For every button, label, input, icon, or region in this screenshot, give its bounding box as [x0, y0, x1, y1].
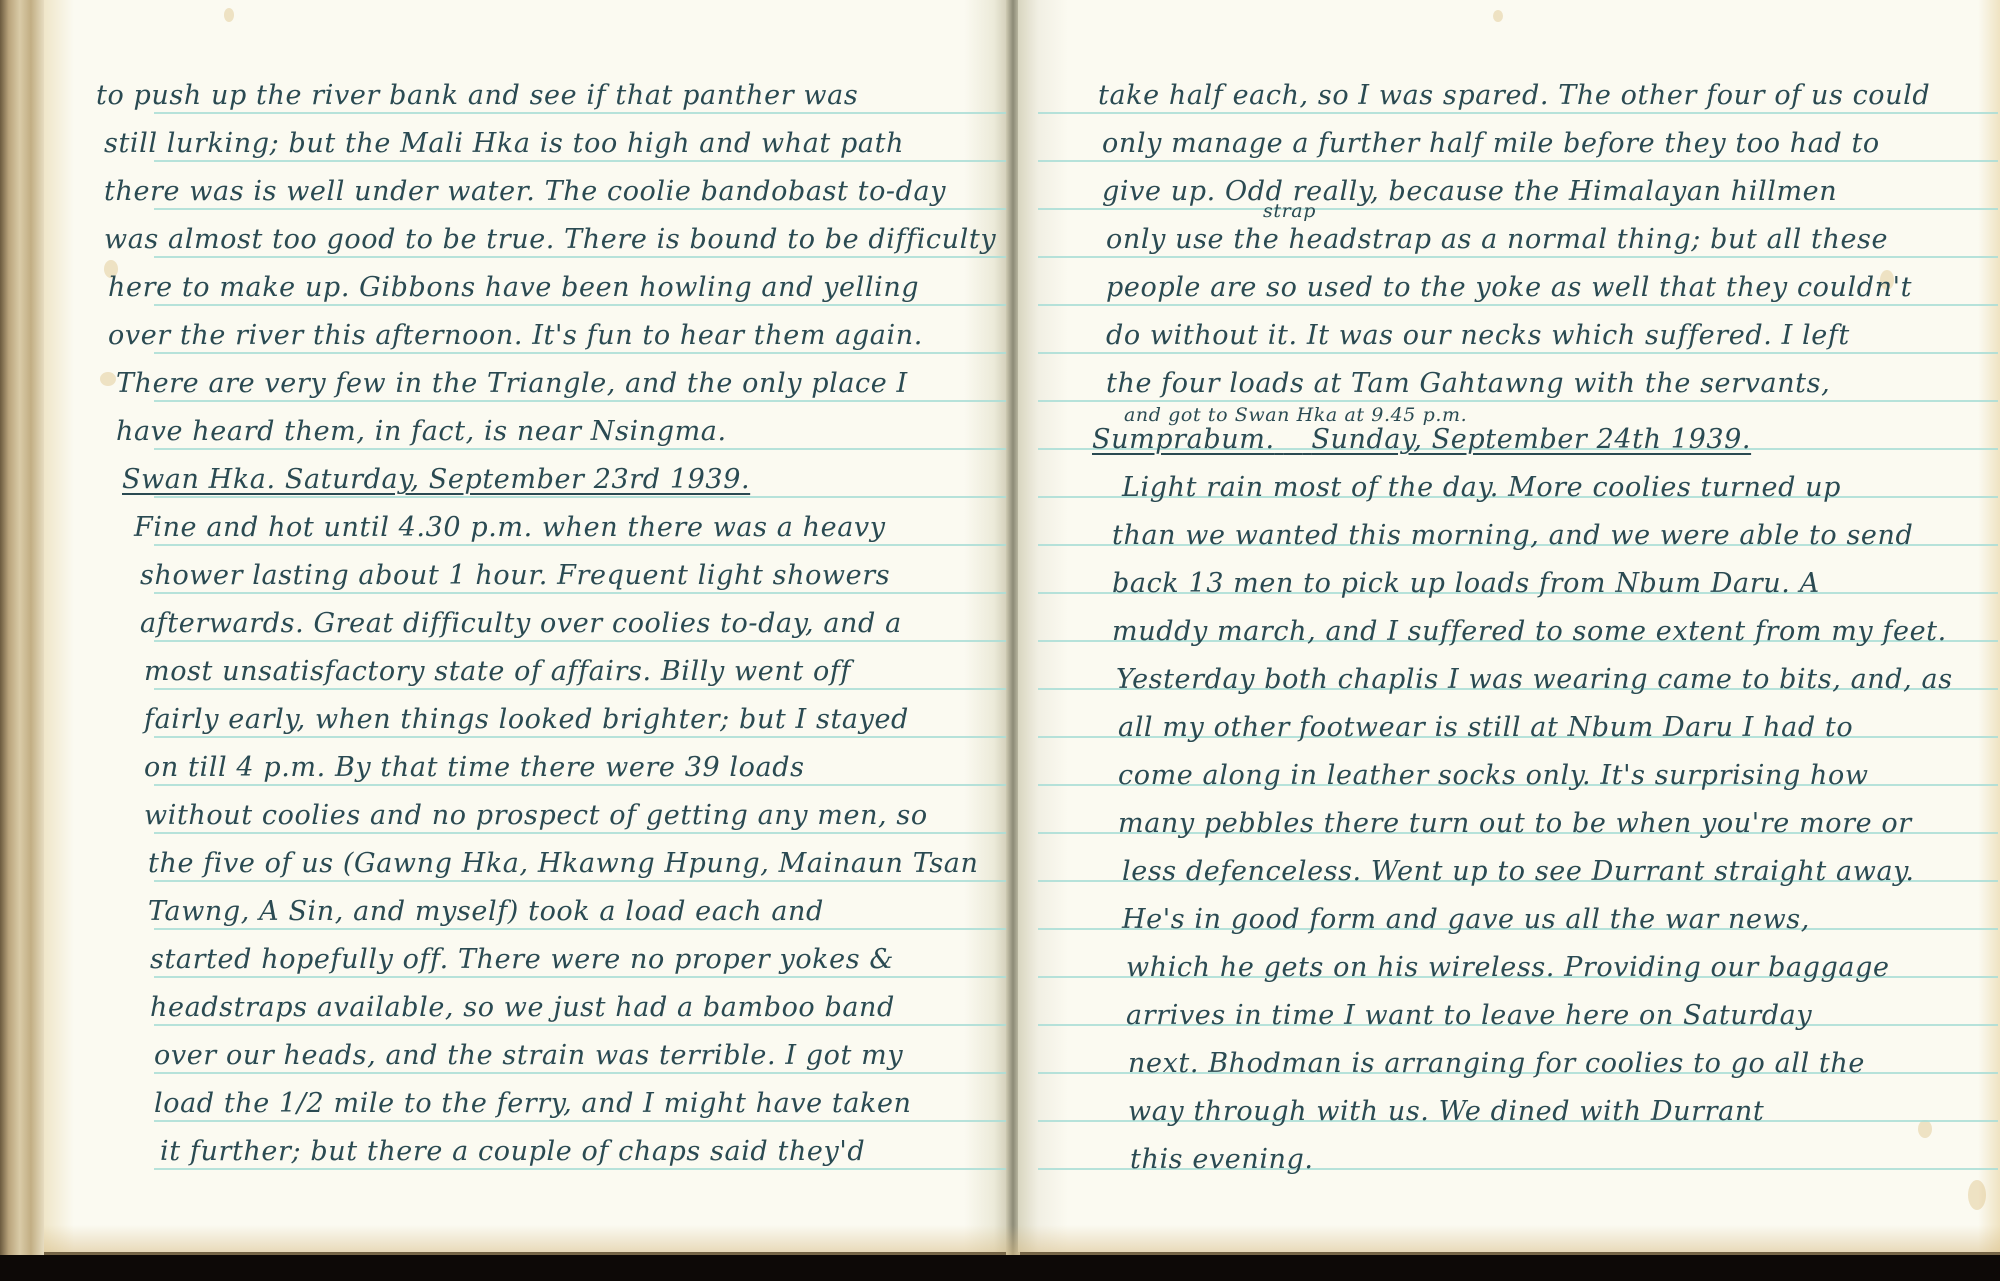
rule-line — [154, 592, 1012, 594]
text-line: back 13 men to pick up loads from Nbum D… — [1112, 568, 1820, 599]
text-line: this evening. — [1130, 1144, 1314, 1175]
text-line: give up. Odd really, because the Himalay… — [1102, 176, 1837, 207]
text-line: it further; but there a couple of chaps … — [160, 1136, 865, 1167]
rule-line — [1038, 400, 1998, 402]
text-line: He's in good form and gave us all the wa… — [1122, 904, 1810, 935]
rule-line — [154, 640, 1012, 642]
notebook-spread: to push up the river bank and see if tha… — [0, 0, 2000, 1255]
rule-line — [154, 304, 1012, 306]
page-bottom-stain — [44, 1225, 2000, 1255]
rule-line — [154, 1072, 1012, 1074]
rule-line — [154, 928, 1012, 930]
text-line: Fine and hot until 4.30 p.m. when there … — [134, 512, 886, 543]
rule-line — [154, 832, 1012, 834]
text-line: do without it. It was our necks which su… — [1106, 320, 1850, 351]
text-line: shower lasting about 1 hour. Frequent li… — [140, 560, 890, 591]
rule-line — [154, 448, 1012, 450]
stain — [1493, 10, 1503, 22]
text-line: Yesterday both chaplis I was wearing cam… — [1116, 664, 1953, 695]
text-line: next. Bhodman is arranging for coolies t… — [1128, 1048, 1865, 1079]
rule-line — [1038, 352, 1998, 354]
text-line: most unsatisfactory state of affairs. Bi… — [144, 656, 851, 687]
text-line: only use the headstrap as a normal thing… — [1106, 224, 1888, 255]
heading-date: Sunday, September 24th 1939. — [1311, 424, 1751, 455]
stain — [1968, 1180, 1986, 1210]
text-line: was almost too good to be true. There is… — [104, 224, 996, 255]
entry-heading: Sumprabum. Sunday, September 24th 1939. — [1092, 424, 1751, 455]
text-line: take half each, so I was spared. The oth… — [1098, 80, 1930, 111]
background-surface — [0, 1255, 2000, 1281]
rule-line — [154, 1024, 1012, 1026]
rule-line — [154, 208, 1012, 210]
text-line: afterwards. Great difficulty over coolie… — [140, 608, 902, 639]
text-line: load the 1/2 mile to the ferry, and I mi… — [154, 1088, 912, 1119]
left-page: to push up the river bank and see if tha… — [44, 0, 1012, 1252]
text-line: which he gets on his wireless. Providing… — [1126, 952, 1890, 983]
text-line: the five of us (Gawng Hka, Hkawng Hpung,… — [148, 848, 978, 879]
text-line: over our heads, and the strain was terri… — [154, 1040, 903, 1071]
text-line: people are so used to the yoke as well t… — [1106, 272, 1912, 303]
rule-line — [1038, 256, 1998, 258]
entry-heading: Swan Hka. Saturday, September 23rd 1939. — [122, 464, 750, 495]
text-line: all my other footwear is still at Nbum D… — [1118, 712, 1853, 743]
rule-line — [154, 784, 1012, 786]
rule-line — [1038, 160, 1998, 162]
rule-line — [154, 736, 1012, 738]
correction-insert: strap — [1263, 200, 1316, 222]
rule-line — [154, 256, 1012, 258]
text-line: here to make up. Gibbons have been howli… — [108, 272, 919, 303]
insertion-line: and got to Swan Hka at 9.45 p.m. — [1124, 404, 1467, 426]
rule-line — [154, 496, 1012, 498]
rule-line — [1038, 304, 1998, 306]
text-line: fairly early, when things looked brighte… — [144, 704, 909, 735]
page-edges — [0, 0, 44, 1255]
text-line: on till 4 p.m. By that time there were 3… — [144, 752, 805, 783]
rule-line — [154, 400, 1012, 402]
rule-line — [154, 544, 1012, 546]
stain — [224, 8, 234, 22]
rule-line — [154, 352, 1012, 354]
right-page: take half each, so I was spared. The oth… — [1018, 0, 2000, 1252]
text-line: the four loads at Tam Gahtawng with the … — [1106, 368, 1830, 399]
rule-line — [154, 112, 1012, 114]
text-line: There are very few in the Triangle, and … — [116, 368, 908, 399]
text-line: less defenceless. Went up to see Durrant… — [1122, 856, 1915, 887]
text-line: only manage a further half mile before t… — [1102, 128, 1880, 159]
text-line: to push up the river bank and see if tha… — [96, 80, 858, 111]
text-line: have heard them, in fact, is near Nsingm… — [116, 416, 727, 447]
stain — [1918, 1120, 1932, 1138]
heading-place: Sumprabum. — [1092, 424, 1275, 455]
rule-line — [154, 1120, 1012, 1122]
rule-line — [154, 688, 1012, 690]
text-line: than we wanted this morning, and we were… — [1112, 520, 1913, 551]
text-line: way through with us. We dined with Durra… — [1128, 1096, 1764, 1127]
rule-line — [154, 160, 1012, 162]
rule-line — [154, 1168, 1012, 1170]
text-line: still lurking; but the Mali Hka is too h… — [104, 128, 904, 159]
text-line: many pebbles there turn out to be when y… — [1118, 808, 1912, 839]
rule-line — [1038, 208, 1998, 210]
stain — [100, 372, 116, 386]
text-line: over the river this afternoon. It's fun … — [108, 320, 923, 351]
text-line: there was is well under water. The cooli… — [104, 176, 946, 207]
text-line: come along in leather socks only. It's s… — [1118, 760, 1869, 791]
text-line: headstraps available, so we just had a b… — [150, 992, 895, 1023]
rule-line — [154, 976, 1012, 978]
rule-line — [1038, 112, 1998, 114]
text-line: arrives in time I want to leave here on … — [1126, 1000, 1812, 1031]
text-line: without coolies and no prospect of getti… — [144, 800, 928, 831]
text-line: Light rain most of the day. More coolies… — [1122, 472, 1841, 503]
text-line: muddy march, and I suffered to some exte… — [1112, 616, 1947, 647]
text-line: started hopefully off. There were no pro… — [150, 944, 894, 975]
rule-line — [154, 880, 1012, 882]
text-line: Tawng, A Sin, and myself) took a load ea… — [148, 896, 824, 927]
